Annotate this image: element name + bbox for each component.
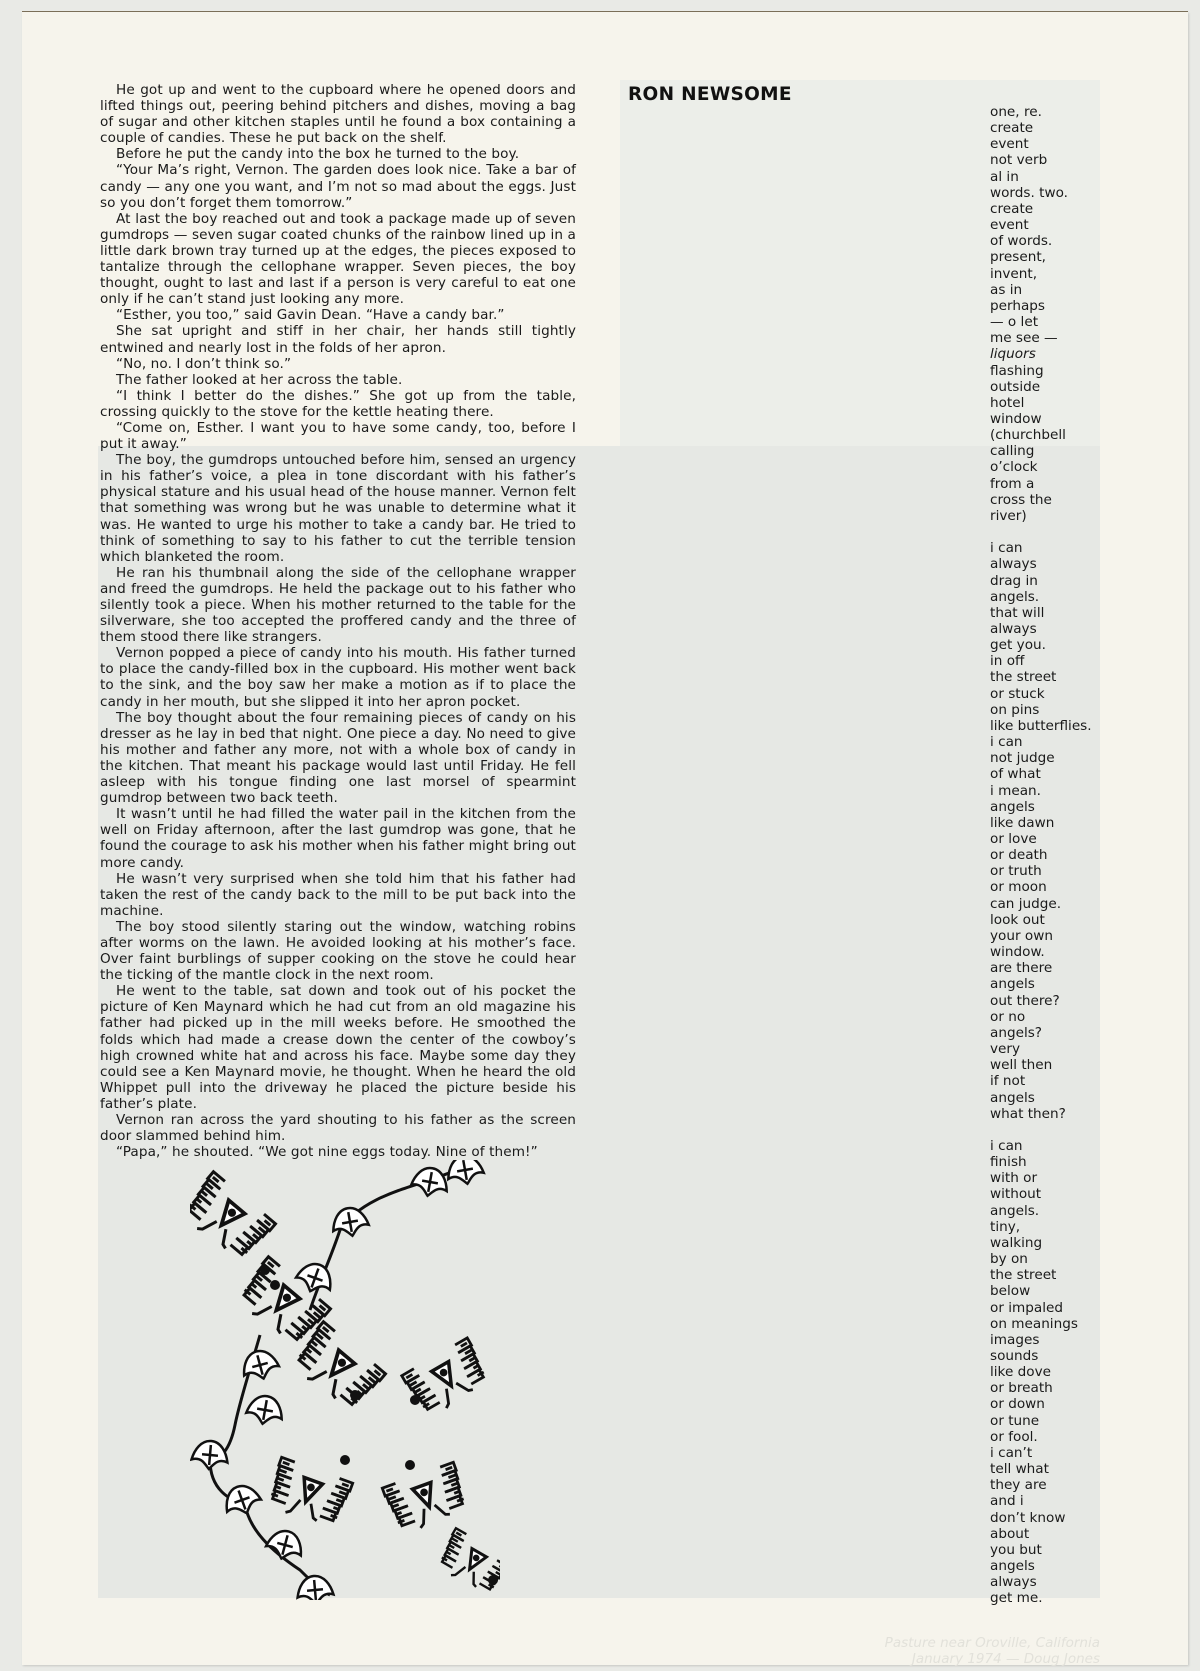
poem-line: look out [990,912,1150,928]
story-paragraph: At last the boy reached out and took a p… [100,211,576,308]
story-paragraph: “No, no. I don’t think so.” [100,356,576,372]
poem-line: get you. [990,637,1150,653]
poem-line: if not [990,1073,1150,1089]
poem-line: are there [990,960,1150,976]
stanza-break [990,524,1150,540]
poem-line: out there? [990,993,1150,1009]
poem-line: event [990,136,1150,152]
poem-line: you but [990,1542,1150,1558]
stanza-break [990,1122,1150,1138]
poem-line: me see — [990,330,1150,346]
poem-line: not verb [990,152,1150,168]
poem-line: or moon [990,879,1150,895]
poem-line: invent, [990,266,1150,282]
poem-line: on pins [990,702,1150,718]
poem-line: cross the [990,492,1150,508]
poem-line: or death [990,847,1150,863]
poem-line: one, re. [990,104,1150,120]
poem-line: river) [990,508,1150,524]
poem-line: like dawn [990,815,1150,831]
poem-line: calling [990,443,1150,459]
poem-line: get me. [990,1590,1150,1606]
poem-line: walking [990,1235,1150,1251]
poem-line: and i [990,1493,1150,1509]
story-paragraph: Vernon popped a piece of candy into his … [100,645,576,709]
show-through-caption: Pasture near Oroville, California Januar… [885,1635,1100,1667]
story-paragraph: “Come on, Esther. I want you to have som… [100,420,576,452]
story-paragraph: “I think I better do the dishes.” She go… [100,388,576,420]
poem-line: perhaps [990,298,1150,314]
story-paragraph: It wasn’t until he had filled the water … [100,806,576,870]
poem-line: always [990,556,1150,572]
poem-line: o’clock [990,459,1150,475]
story-paragraph: He wasn’t very surprised when she told h… [100,871,576,919]
poem-line: hotel [990,395,1150,411]
poem-line: angels [990,976,1150,992]
poem-line: create [990,201,1150,217]
story-paragraph: “Your Ma’s right, Vernon. The garden doe… [100,162,576,210]
poem-line: that will [990,605,1150,621]
poem-line: al in [990,169,1150,185]
story-paragraph: She sat upright and stiff in her chair, … [100,323,576,355]
caption-line-1: Pasture near Oroville, California [885,1635,1100,1651]
poem-line: of what [990,766,1150,782]
poem-line: i can [990,1138,1150,1154]
story-paragraph: He got up and went to the cupboard where… [100,82,576,146]
poem-line: always [990,1574,1150,1590]
poem-line: i mean. [990,783,1150,799]
story-paragraph: He ran his thumbnail along the side of t… [100,565,576,645]
poem-line: or tune [990,1413,1150,1429]
poem-line: don’t know [990,1510,1150,1526]
poem-line: from a [990,476,1150,492]
poem-line: (churchbell [990,427,1150,443]
poem-column: one, re.createeventnot verbal inwords. t… [990,104,1150,1607]
story-paragraph: “Papa,” he shouted. “We got nine eggs to… [100,1144,576,1160]
poem-line: or down [990,1396,1150,1412]
poem-line: images [990,1332,1150,1348]
poem-line: what then? [990,1106,1150,1122]
poem-line: by on [990,1251,1150,1267]
poem-line: very [990,1041,1150,1057]
poem-line: in off [990,653,1150,669]
poem-line: liquors [990,346,1150,362]
poem-line: with or [990,1170,1150,1186]
poem-line: or impaled [990,1300,1150,1316]
poem-line: finish [990,1154,1150,1170]
poem-line: your own [990,928,1150,944]
poem-line: without [990,1186,1150,1202]
poem-line: the street [990,1267,1150,1283]
poem-line: not judge [990,750,1150,766]
poem-line: the street [990,669,1150,685]
story-paragraph: The boy stood silently staring out the w… [100,919,576,983]
poem-line: outside [990,379,1150,395]
poem-line: as in [990,282,1150,298]
poem-line: or truth [990,863,1150,879]
poem-line: about [990,1526,1150,1542]
poem-line: i can’t [990,1445,1150,1461]
poem-line: or stuck [990,686,1150,702]
poem-line: like butterflies. [990,718,1150,734]
poem-line: on meanings [990,1316,1150,1332]
poem-line: flashing [990,363,1150,379]
story-paragraph: The boy thought about the four remaining… [100,710,576,807]
poem-line: window [990,411,1150,427]
poem-line: tell what [990,1461,1150,1477]
poem-line: i can [990,540,1150,556]
story-paragraph: Before he put the candy into the box he … [100,146,576,162]
story-paragraph: The boy, the gumdrops untouched before h… [100,452,576,565]
poem-line: drag in [990,573,1150,589]
poem-line: tiny, [990,1219,1150,1235]
story-paragraph: Vernon ran across the yard shouting to h… [100,1112,576,1144]
poem-line: well then [990,1057,1150,1073]
poem-line: — o let [990,314,1150,330]
poem-line: always [990,621,1150,637]
poem-line: angels [990,1558,1150,1574]
poem-line: they are [990,1477,1150,1493]
caption-line-2: January 1974 — Doug Jones [885,1651,1100,1667]
story-paragraph: The father looked at her across the tabl… [100,372,576,388]
poem-line: create [990,120,1150,136]
poem-line: angels [990,799,1150,815]
story-paragraph: He went to the table, sat down and took … [100,983,576,1112]
poem-line: can judge. [990,896,1150,912]
poem-line: angels. [990,1203,1150,1219]
poem-line: like dove [990,1364,1150,1380]
poem-line: angels? [990,1025,1150,1041]
poem-line: sounds [990,1348,1150,1364]
story-column: He got up and went to the cupboard where… [100,82,576,1160]
poem-line: present, [990,249,1150,265]
poem-line: or breath [990,1380,1150,1396]
poem-line: window. [990,944,1150,960]
poem-line: event [990,217,1150,233]
poem-author: RON NEWSOME [628,84,792,105]
poem-line: or love [990,831,1150,847]
poem-line: angels. [990,589,1150,605]
poem-line: below [990,1283,1150,1299]
poem-line: angels [990,1090,1150,1106]
poem-line: of words. [990,233,1150,249]
poem-line: or no [990,1009,1150,1025]
poem-line: words. two. [990,185,1150,201]
poem-line: or fool. [990,1429,1150,1445]
woodblock-illustration [190,1160,500,1600]
story-paragraph: “Esther, you too,” said Gavin Dean. “Hav… [100,307,576,323]
poem-line: i can [990,734,1150,750]
